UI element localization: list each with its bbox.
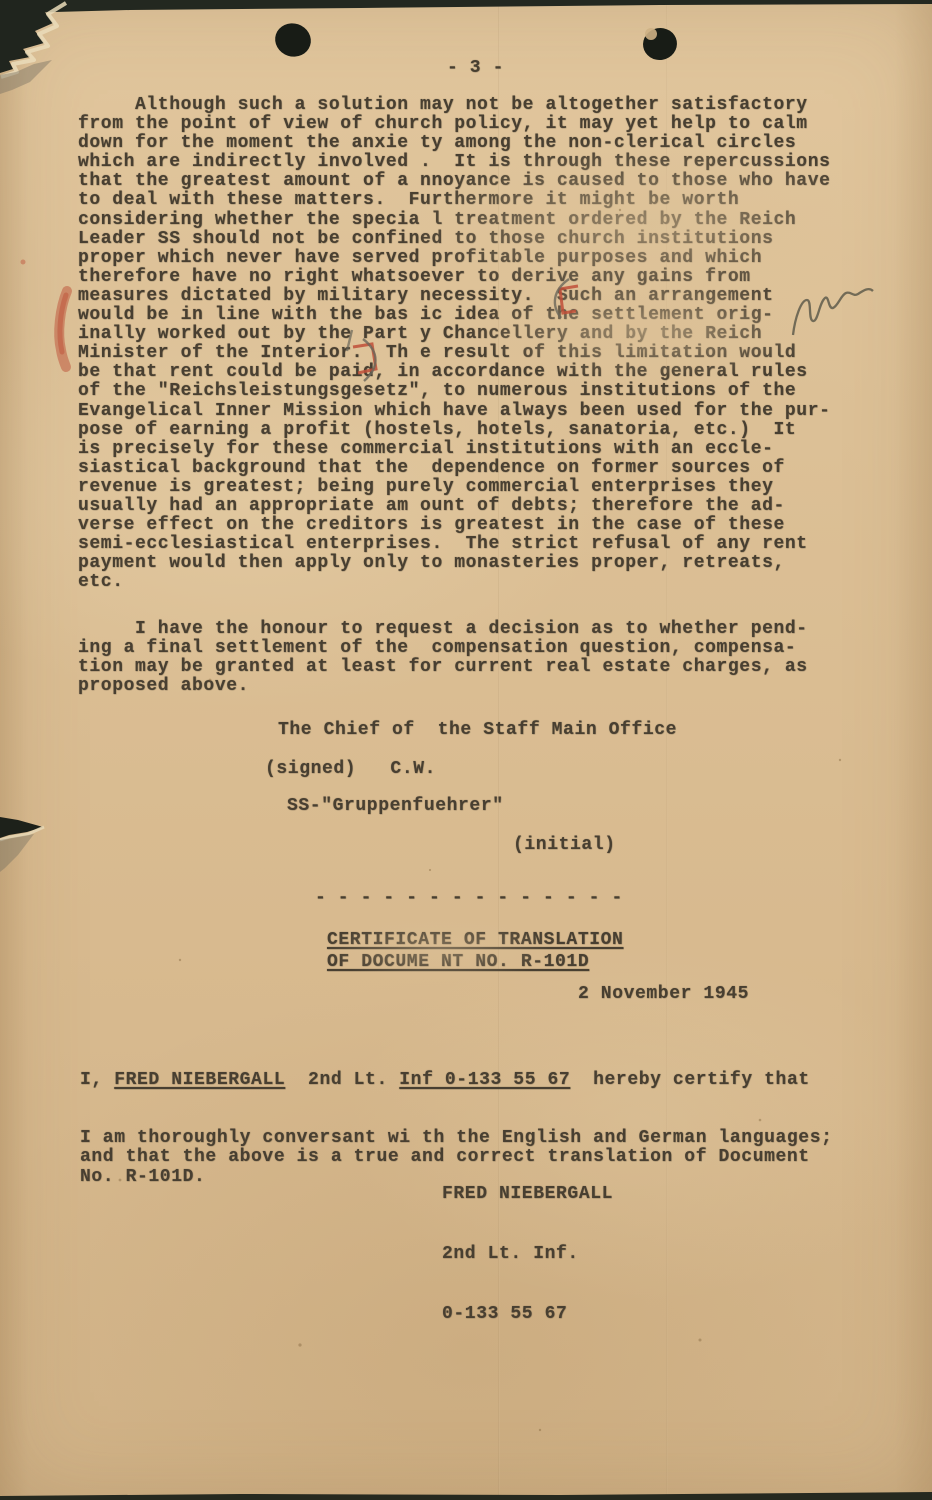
- left-edge-tear-shadow: [0, 834, 34, 872]
- scan-edge-top-strip: [0, 0, 932, 14]
- pencil-initial-squiggle: [793, 289, 873, 335]
- paper-fiber-specks: [119, 209, 842, 1431]
- scan-artifacts-layer: [0, 0, 932, 1500]
- red-pencil-dot: [21, 260, 26, 265]
- document-page: - 3 - Although such a solution may not b…: [0, 0, 932, 1500]
- punch-hole-left: [271, 19, 315, 62]
- scan-edge-bottom-strip: [0, 1492, 932, 1500]
- pencil-stroke-on-party: [347, 330, 352, 351]
- red-pencil-open-bracket: [560, 286, 578, 313]
- punch-hole-right-paper-flap: [645, 28, 657, 40]
